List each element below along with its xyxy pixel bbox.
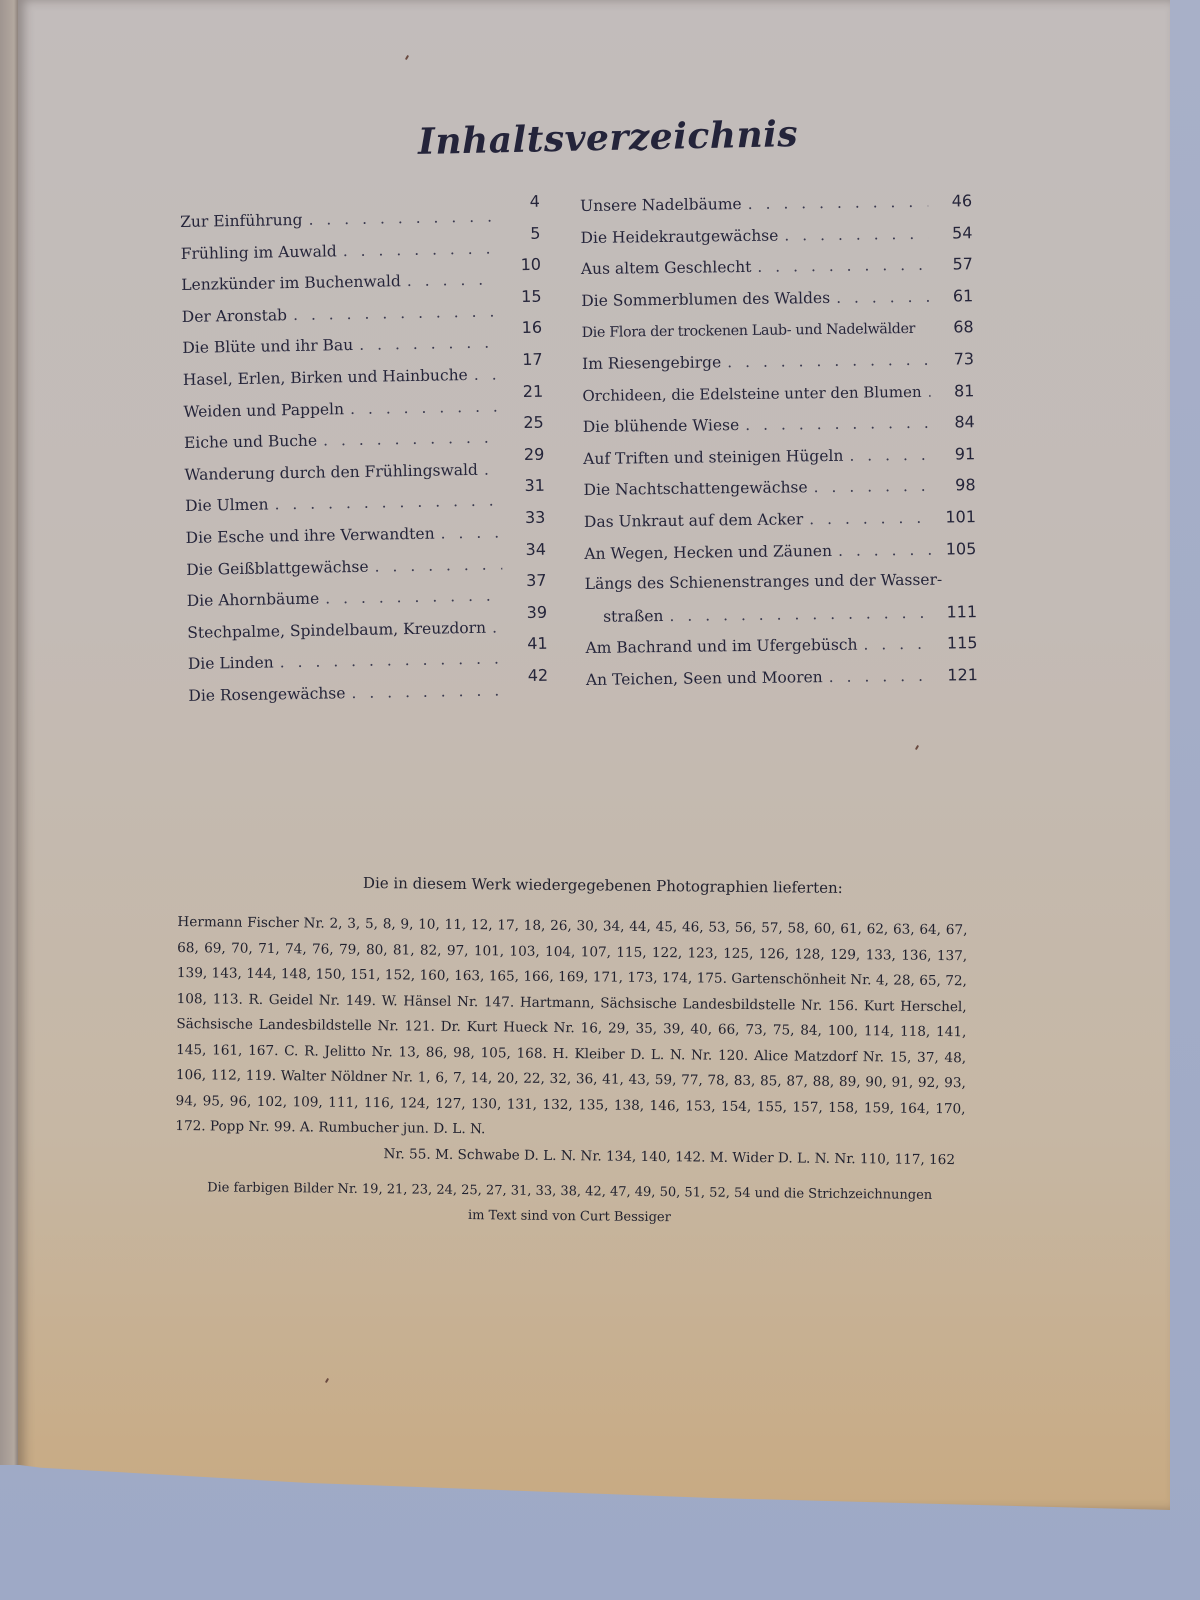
leader-dots xyxy=(809,509,932,528)
credits-heading: Die in diesem Werk wiedergegebenen Photo… xyxy=(178,872,968,898)
toc-entry-page: 68 xyxy=(936,318,974,337)
toc-entry-page: 21 xyxy=(505,381,543,401)
toc-entry: Aus altem Geschlecht 57 xyxy=(581,254,973,290)
toc-entry-label: straßen xyxy=(585,607,664,626)
toc-entry: Längs des Schienenstranges und der Wasse… xyxy=(585,570,977,606)
toc-entry-label: An Wegen, Hecken und Zäunen xyxy=(584,541,832,562)
leader-dots xyxy=(757,256,929,276)
book-page: Inhaltsverzeichnis Zur Einführung 4 Früh… xyxy=(18,0,1170,1510)
toc-entry-label: Auf Triften und steinigen Hügeln xyxy=(583,447,843,468)
toc-entry-page: 10 xyxy=(503,255,541,275)
leader-dots xyxy=(280,650,504,672)
toc-entry-page: 98 xyxy=(937,476,975,495)
toc-entry-label: Die Ahornbäume xyxy=(187,590,320,610)
leader-dots xyxy=(440,523,501,542)
toc-entry: Die Rosengewächse 42 xyxy=(188,680,548,718)
toc-entry-page: 15 xyxy=(503,286,541,306)
toc-left-column: Zur Einführung 4 Frühling im Auwald 5 Le… xyxy=(180,206,549,718)
leader-dots xyxy=(274,492,501,514)
leader-dots xyxy=(359,334,498,354)
toc-entry: Orchideen, die Edelsteine unter den Blum… xyxy=(582,381,974,417)
toc-entry-label: Längs des Schienenstranges und der Wasse… xyxy=(585,571,943,593)
toc-entry-page: 5 xyxy=(502,223,540,243)
toc-entry-label: Die Esche und ihre Verwandten xyxy=(186,525,435,547)
leader-dots xyxy=(784,224,928,244)
toc-entry-label: Die Nachtschattengewächse xyxy=(583,479,807,500)
leader-dots xyxy=(727,351,930,371)
leader-dots xyxy=(836,288,929,307)
leader-dots xyxy=(927,382,930,400)
toc-entry: Im Riesengebirge 73 xyxy=(582,349,974,385)
toc-entry: Die Sommerblumen des Waldes 61 xyxy=(581,286,973,322)
leader-dots xyxy=(351,681,504,702)
page-title: Inhaltsverzeichnis xyxy=(418,115,699,163)
toc-entry-label: Frühling im Auwald xyxy=(181,242,337,263)
credits-text: Hermann Fischer Nr. 2, 3, 5, 8, 9, 10, 1… xyxy=(175,914,967,1137)
leader-dots xyxy=(849,445,931,464)
toc-entry: An Wegen, Hecken und Zäunen 105 xyxy=(584,539,976,575)
toc-entry-label: Die Rosengewächse xyxy=(188,684,345,705)
leader-dots xyxy=(308,207,496,228)
toc-entry-page: 57 xyxy=(935,254,973,273)
photo-credits: Die in diesem Werk wiedergegebenen Photo… xyxy=(174,872,968,1233)
previous-page-edge xyxy=(0,0,20,1465)
toc-entry: Das Unkraut auf dem Acker 101 xyxy=(584,507,976,543)
paper-speck xyxy=(325,1378,329,1383)
toc-entry-page: 61 xyxy=(935,286,973,305)
illustration-note: Die farbigen Bilder Nr. 19, 21, 23, 24, … xyxy=(174,1175,964,1233)
leader-dots xyxy=(474,365,499,383)
toc-entry-label: Die Geißblattgewächse xyxy=(186,557,369,578)
leader-dots xyxy=(293,302,498,324)
leader-dots xyxy=(838,540,933,559)
toc-entry-page: 37 xyxy=(508,571,546,591)
credits-body: Hermann Fischer Nr. 2, 3, 5, 8, 9, 10, 1… xyxy=(175,910,968,1173)
toc-entry-label: Die Sommerblumen des Waldes xyxy=(581,289,830,310)
toc-entry-page: 81 xyxy=(936,381,974,400)
toc-entry-page: 46 xyxy=(934,191,972,210)
toc-entry-page: 73 xyxy=(936,349,974,368)
leader-dots xyxy=(863,635,933,654)
toc-entry-label: Die Ulmen xyxy=(185,496,269,515)
toc-entry-page: 54 xyxy=(934,223,972,242)
toc-entry-label: Am Bachrand und im Ufergebüsch xyxy=(585,636,857,657)
toc-entry-page: 91 xyxy=(937,444,975,463)
toc-entry-page: 105 xyxy=(938,539,976,558)
leader-dots xyxy=(407,271,498,291)
toc-entry-label: Hasel, Erlen, Birken und Hainbuche xyxy=(183,366,468,389)
toc-entry-page: 33 xyxy=(507,508,545,528)
toc-entry-label: Die Flora der trockenen Laub- und Nadelw… xyxy=(582,321,916,341)
toc-entry-page: 31 xyxy=(507,476,545,496)
toc-entry: Die Heidekrautgewächse 54 xyxy=(580,223,972,259)
paper-speck xyxy=(915,745,919,750)
toc-entry-label: Im Riesengebirge xyxy=(582,353,721,373)
toc-entry-label: Der Aronstab xyxy=(182,306,288,326)
toc-entry-page: 25 xyxy=(506,413,544,433)
toc-entry-page: 41 xyxy=(509,634,547,654)
page-content: Inhaltsverzeichnis Zur Einführung 4 Früh… xyxy=(18,0,1170,1510)
toc-entry: Am Bachrand und im Ufergebüsch 115 xyxy=(585,633,977,669)
leader-dots xyxy=(350,397,500,418)
toc-entry-label: Lenzkünder im Buchenwald xyxy=(181,272,401,294)
leader-dots xyxy=(829,667,934,686)
leader-dots xyxy=(492,618,504,636)
toc-entry-label: Eiche und Buche xyxy=(184,432,317,452)
toc-entry: Die Nachtschattengewächse 98 xyxy=(583,476,975,512)
toc-entry-page: 34 xyxy=(508,539,546,559)
toc-entry: straßen 111 xyxy=(585,602,977,638)
toc-entry: An Teichen, Seen und Mooren 121 xyxy=(586,665,978,701)
toc-entry: Auf Triften und steinigen Hügeln 91 xyxy=(583,444,975,480)
toc-entry: Die Flora der trockenen Laub- und Nadelw… xyxy=(582,318,974,354)
toc-entry-page: 29 xyxy=(506,444,544,464)
paper-speck xyxy=(405,55,409,60)
toc-entry-label: Weiden und Pappeln xyxy=(183,400,344,421)
toc-entry-label: Wanderung durch den Frühlingswald xyxy=(184,461,478,484)
toc-entry-label: Die blühende Wiese xyxy=(583,416,740,436)
leader-dots xyxy=(484,460,501,478)
toc-entry-label: Die Linden xyxy=(188,654,274,673)
toc-entry-page: 16 xyxy=(504,318,542,338)
toc-entry-label: An Teichen, Seen und Mooren xyxy=(586,668,823,689)
leader-dots xyxy=(814,477,932,496)
toc-entry-label: Die Heidekrautgewächse xyxy=(580,226,778,246)
leader-dots xyxy=(343,239,497,260)
toc-entry-label: Orchideen, die Edelsteine unter den Blum… xyxy=(582,382,921,404)
toc-entry-label: Das Unkraut auf dem Acker xyxy=(584,510,803,531)
leader-dots xyxy=(745,414,931,434)
toc-entry-page: 17 xyxy=(504,350,542,370)
leader-dots xyxy=(669,603,933,624)
toc-entry-page: 101 xyxy=(938,507,976,526)
leader-dots xyxy=(323,429,500,450)
toc-entry-label: Die Blüte und ihr Bau xyxy=(182,336,353,357)
toc-entry: Unsere Nadelbäume 46 xyxy=(580,191,972,227)
credits-last-line: Nr. 55. M. Schwabe D. L. N. Nr. 134, 140… xyxy=(175,1139,965,1173)
toc-entry-label: Zur Einführung xyxy=(180,211,303,231)
toc-entry-page: 111 xyxy=(939,602,977,621)
leader-dots xyxy=(374,555,502,575)
toc-entry-label: Aus altem Geschlecht xyxy=(581,258,752,278)
toc-entry: Die blühende Wiese 84 xyxy=(583,412,975,448)
toc-right-column: Unsere Nadelbäume 46 Die Heidekrautgewäc… xyxy=(580,191,978,701)
toc-entry-page: 39 xyxy=(509,602,547,622)
toc-entry-page: 4 xyxy=(502,192,540,212)
toc-entry-page: 42 xyxy=(510,666,548,686)
leader-dots xyxy=(748,193,929,213)
toc-entry-label: Stechpalme, Spindelbaum, Kreuzdorn xyxy=(187,618,486,641)
leader-dots xyxy=(325,587,503,608)
toc-entry-page: 84 xyxy=(937,412,975,431)
toc-entry-label: Unsere Nadelbäume xyxy=(580,195,742,215)
toc-entry-page: 115 xyxy=(939,633,977,652)
toc-entry-page: 121 xyxy=(940,665,978,684)
